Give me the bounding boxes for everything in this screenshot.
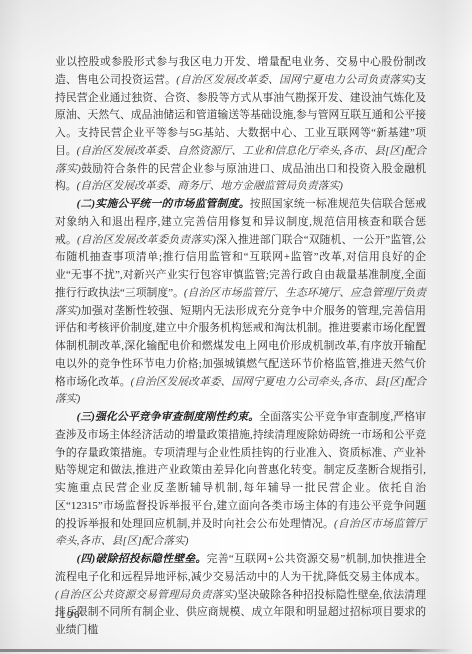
responsibility-note: (自治区发展改革委负责落实) <box>77 234 216 246</box>
section-heading: (四)破除招投标隐性壁垒。 <box>77 553 207 565</box>
section-heading: (三)强化公平竞争审查制度刚性约束。 <box>77 411 260 423</box>
section-heading: (二)实施公平统一的市场监管制度。 <box>77 198 250 210</box>
scanned-document-page: { "page": { "number_label": "-196-" }, "… <box>0 0 472 654</box>
paragraph: 业以控股或参股形式参与我区电力开发、增量配电业务、交易中心股份制改造、售电公司投… <box>55 54 426 196</box>
page-number: -196- <box>55 610 86 621</box>
paragraph: (二)实施公平统一的市场监管制度。按照国家统一标准规范失信联合惩戒对象纳入和退出… <box>55 196 426 409</box>
responsibility-note: (自治区发展改革委、国网宁夏电力公司负责落实) <box>176 74 415 86</box>
page-edge-shadow <box>0 649 455 652</box>
body-text: 全面落实公平竞争审查制度,严格审查涉及市场主体经济活动的增量政策措施,持续清理废… <box>55 411 426 530</box>
paragraph: (三)强化公平竞争审查制度刚性约束。全面落实公平竞争审查制度,严格审查涉及市场主… <box>55 409 426 551</box>
paragraph: (四)破除招投标隐性壁垒。完善“互联网+公共资源交易”机制,加快推进全流程电子化… <box>55 551 426 640</box>
document-text: 业以控股或参股形式参与我区电力开发、增量配电业务、交易中心股份制改造、售电公司投… <box>55 54 426 640</box>
responsibility-note: (自治区发展改革委、商务厅、地方金融监管局负责落实) <box>77 180 343 192</box>
responsibility-note: (自治区公共资源交易管理局负责落实) <box>55 589 237 601</box>
